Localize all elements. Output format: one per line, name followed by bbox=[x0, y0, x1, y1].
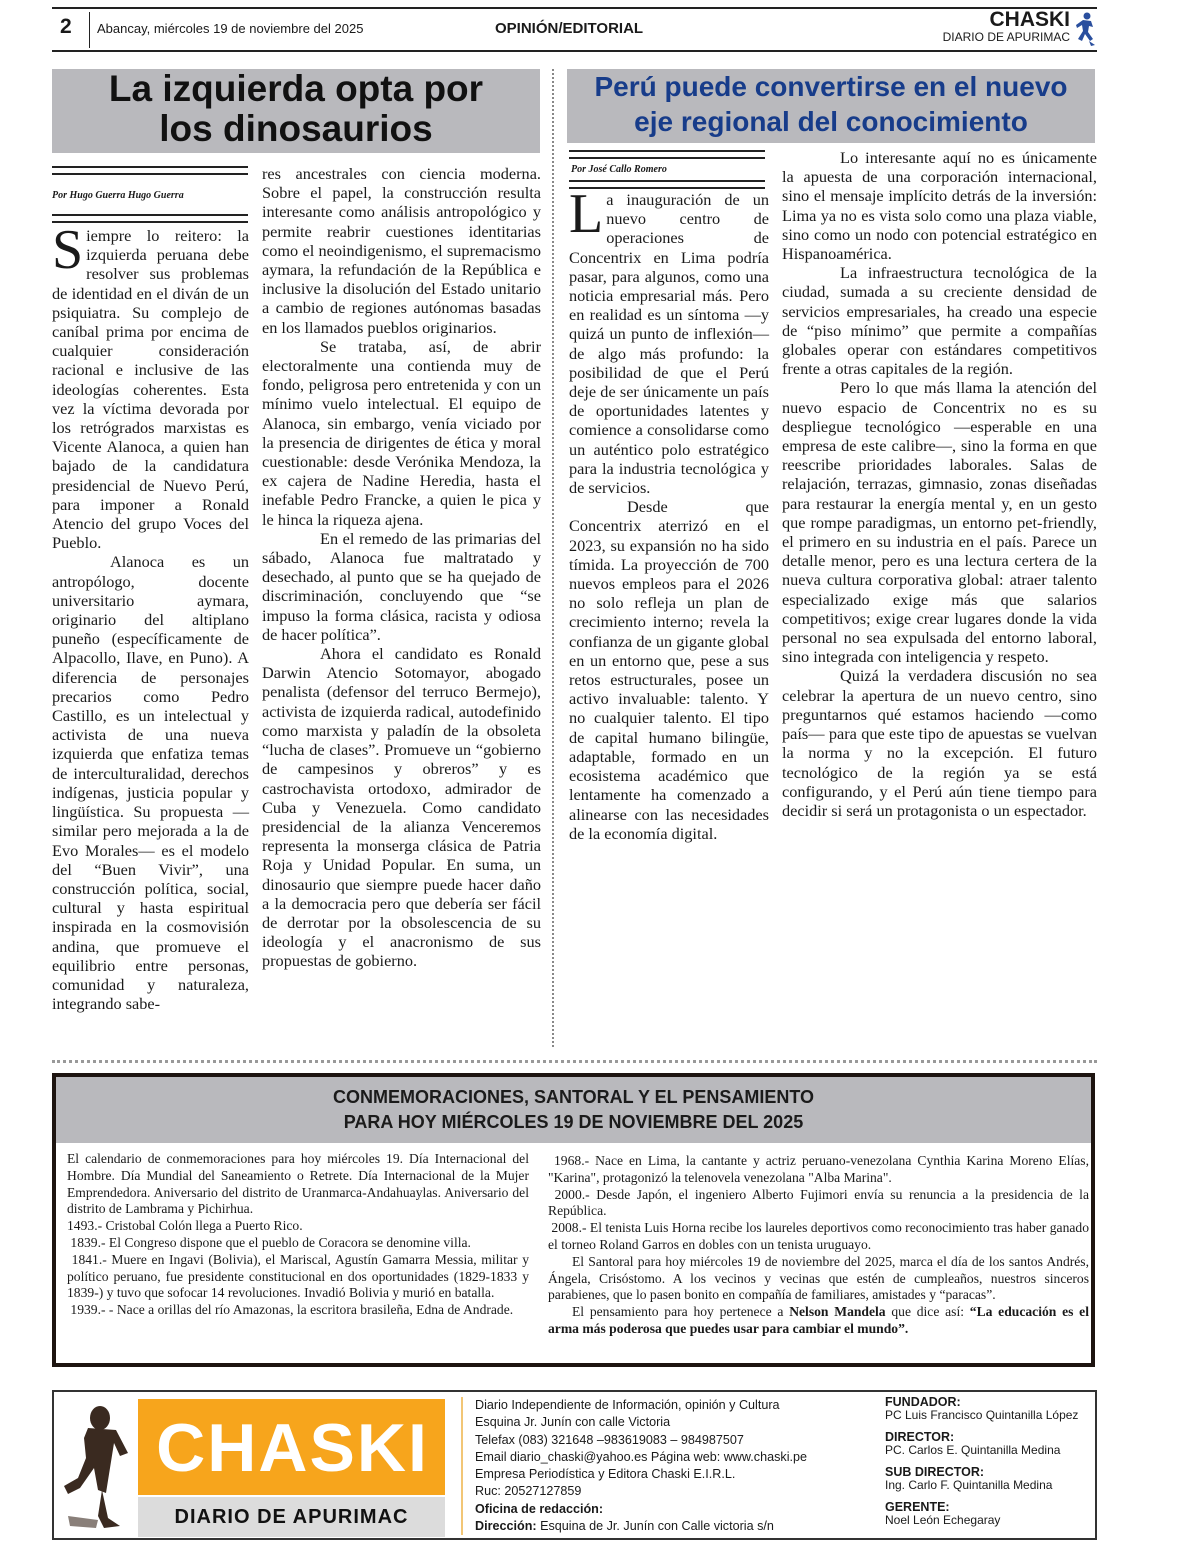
dateline: Abancay, miércoles 19 de noviembre del 2… bbox=[97, 21, 363, 36]
article-left-col2: res ancestrales con ciencia moderna. Sob… bbox=[262, 164, 541, 971]
staff-name: Ing. Carlo F. Quintanilla Medina bbox=[885, 1479, 1078, 1492]
section-label: OPINIÓN/EDITORIAL bbox=[495, 20, 643, 37]
conmemoraciones-left: El calendario de conmemoraciones para ho… bbox=[67, 1151, 529, 1319]
brand-subtitle: DIARIO DE APURIMAC bbox=[930, 31, 1070, 44]
thought-mid: que dice así: bbox=[886, 1304, 970, 1319]
section-separator bbox=[52, 1060, 1097, 1063]
entry: El calendario de conmemoraciones para ho… bbox=[67, 1151, 529, 1218]
paragraph: res ancestrales con ciencia moderna. Sob… bbox=[262, 164, 541, 337]
paragraph: Quizá la verdadera discusión no sea cele… bbox=[782, 666, 1097, 820]
entry: 1493.- Cristobal Colón llega a Puerto Ri… bbox=[67, 1218, 529, 1235]
masthead-bottom-rule bbox=[52, 50, 1097, 52]
staff-entry: FUNDADOR: PC Luis Francisco Quintanilla … bbox=[885, 1396, 1078, 1422]
byline-rule-top bbox=[569, 150, 765, 159]
conmemoraciones-title-line2: PARA HOY MIÉRCOLES 19 DE NOVIEMBRE DEL 2… bbox=[56, 1110, 1091, 1135]
paragraph: Pero lo que más llama la atención del nu… bbox=[782, 378, 1097, 666]
page-number: 2 bbox=[60, 15, 72, 39]
footer-email-web[interactable]: Email diario_chaski@yahoo.es Página web:… bbox=[475, 1449, 807, 1466]
dropcap: S bbox=[52, 228, 86, 272]
staff-name: PC Luis Francisco Quintanilla López bbox=[885, 1409, 1078, 1422]
dropcap: L bbox=[569, 192, 606, 236]
staff-name: PC. Carlos E. Quintanilla Medina bbox=[885, 1444, 1078, 1457]
paragraph: Lo interesante aquí no es únicamente la … bbox=[782, 148, 1097, 263]
brand-name: CHASKI bbox=[930, 9, 1070, 31]
footer-info: Diario Independiente de Información, opi… bbox=[475, 1397, 807, 1535]
footer-info-line: Diario Independiente de Información, opi… bbox=[475, 1397, 807, 1414]
conmemoraciones-right: 1968.- Nace en Lima, la cantante y actri… bbox=[548, 1153, 1089, 1338]
brand: CHASKI DIARIO DE APURIMAC bbox=[930, 9, 1070, 44]
headline-left-line2: los dinosaurios bbox=[52, 109, 540, 149]
byline-right: Por José Callo Romero bbox=[571, 164, 667, 175]
paragraph: En el remedo de las primarias del sábado… bbox=[262, 529, 541, 644]
entry: 2000.- Desde Japón, el ingeniero Alberto… bbox=[548, 1187, 1089, 1221]
thought-author: Nelson Mandela bbox=[789, 1304, 885, 1319]
thought-intro: El pensamiento para hoy pertenece a bbox=[572, 1304, 789, 1319]
entry: 2008.- El tenista Luis Horna recibe los … bbox=[548, 1220, 1089, 1254]
paragraph: La infraestructura tecnológica de la ciu… bbox=[782, 263, 1097, 378]
footer-logo-name: CHASKI bbox=[140, 1400, 445, 1496]
headline-right-line2: eje regional del conocimiento bbox=[567, 104, 1095, 139]
conmemoraciones-title-line1: CONMEMORACIONES, SANTORAL Y EL PENSAMIEN… bbox=[56, 1085, 1091, 1110]
footer-ruc: Ruc: 20527127859 bbox=[475, 1483, 807, 1500]
staff-entry: DIRECTOR: PC. Carlos E. Quintanilla Medi… bbox=[885, 1431, 1078, 1457]
runner-icon bbox=[1073, 11, 1097, 47]
paragraph: Alanoca es un antropólogo, docente unive… bbox=[52, 552, 249, 1013]
article-right-col2: Lo interesante aquí no es únicamente la … bbox=[782, 148, 1097, 820]
conmemoraciones-box: CONMEMORACIONES, SANTORAL Y EL PENSAMIEN… bbox=[52, 1073, 1095, 1367]
staff-entry: GERENTE: Noel León Echegaray bbox=[885, 1501, 1078, 1527]
headline-left-line1: La izquierda opta por bbox=[52, 69, 540, 109]
byline-rule-top bbox=[52, 166, 248, 175]
headline-right: Perú puede convertirse en el nuevo eje r… bbox=[567, 69, 1095, 143]
entry: 1968.- Nace en Lima, la cantante y actri… bbox=[548, 1153, 1089, 1187]
staff-name: Noel León Echegaray bbox=[885, 1514, 1078, 1527]
staff-entry: SUB DIRECTOR: Ing. Carlo F. Quintanilla … bbox=[885, 1466, 1078, 1492]
article-left-col1: Siempre lo reitero: la izquierda peruana… bbox=[52, 226, 249, 1013]
footer-logo-subtitle: DIARIO DE APURIMAC bbox=[138, 1497, 445, 1537]
conmemoraciones-title: CONMEMORACIONES, SANTORAL Y EL PENSAMIEN… bbox=[56, 1077, 1091, 1143]
entry: 1841.- Muere en Ingavi (Bolivia), el Mar… bbox=[67, 1252, 529, 1302]
entry: 1939.- - Nace a orillas del río Amazonas… bbox=[67, 1302, 529, 1319]
headline-right-line1: Perú puede convertirse en el nuevo bbox=[567, 69, 1095, 104]
footer-staff: FUNDADOR: PC Luis Francisco Quintanilla … bbox=[885, 1396, 1078, 1536]
paragraph: Ahora el candidato es Ronald Darwin Aten… bbox=[262, 644, 541, 970]
masthead-divider bbox=[89, 12, 90, 48]
byline-left: Por Hugo Guerra Hugo Guerra bbox=[52, 190, 184, 201]
article-right-col1: La inauguración de un nuevo centro de op… bbox=[569, 190, 769, 843]
footer-address-label: Dirección: bbox=[475, 1519, 537, 1533]
runner-illustration-icon bbox=[58, 1398, 138, 1536]
paragraph: Desde que Concentrix aterrizó en el 2023… bbox=[569, 497, 769, 843]
santoral: El Santoral para hoy miércoles 19 de nov… bbox=[548, 1254, 1089, 1304]
footer-info-line: Empresa Periodística y Editora Chaski E.… bbox=[475, 1466, 807, 1483]
footer-info-line: Esquina Jr. Junín con calle Victoria bbox=[475, 1414, 807, 1431]
headline-left: La izquierda opta por los dinosaurios bbox=[52, 69, 540, 153]
column-divider bbox=[552, 69, 554, 1047]
footer-address-value: Esquina de Jr. Junín con Calle victoria … bbox=[537, 1519, 774, 1533]
footer-phone: Telefax (083) 321648 –983619083 – 984987… bbox=[475, 1432, 807, 1449]
footer-separator bbox=[461, 1397, 463, 1535]
footer-office-label: Oficina de redacción: bbox=[475, 1502, 603, 1516]
pensamiento: El pensamiento para hoy pertenece a Nels… bbox=[548, 1304, 1089, 1338]
paragraph: Se trataba, así, de abrir electoralmente… bbox=[262, 337, 541, 529]
entry: 1839.- El Congreso dispone que el pueblo… bbox=[67, 1235, 529, 1252]
